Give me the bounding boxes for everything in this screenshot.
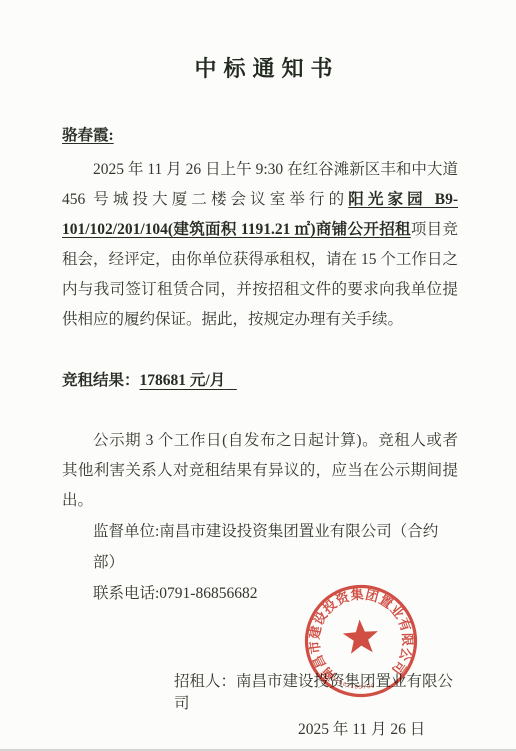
stamp-star-icon bbox=[342, 618, 379, 654]
date-line: 2025 年 11 月 26 日 bbox=[298, 717, 458, 739]
official-stamp: 南昌市建设投资集团置业有限公司 3601081185780 bbox=[289, 569, 432, 712]
main-paragraph: 2025 年 11 月 26 日上午 9:30 在红谷滩新区丰和中大道 456 … bbox=[62, 155, 458, 335]
addressee-line: 骆春霞: bbox=[62, 123, 458, 145]
result-label: 竞租结果： bbox=[62, 372, 140, 389]
result-line: 竞租结果：178681 元/月 bbox=[62, 368, 458, 390]
publicity-paragraph: 公示期 3 个工作日(自发布之日起计算)。竞租人或者其他利害关系人对竞租结果有异… bbox=[62, 426, 458, 516]
document-page: 中标通知书 骆春霞: 2025 年 11 月 26 日上午 9:30 在红谷滩新… bbox=[0, 0, 516, 751]
supervisor-line: 监督单位:南昌市建设投资集团置业有限公司（合约部） bbox=[62, 516, 458, 578]
result-value: 178681 元/月 bbox=[140, 372, 237, 389]
stamp-svg: 南昌市建设投资集团置业有限公司 3601081185780 bbox=[289, 569, 432, 712]
addressee-name: 骆春霞: bbox=[62, 127, 114, 144]
doc-title: 中标通知书 bbox=[76, 52, 458, 83]
